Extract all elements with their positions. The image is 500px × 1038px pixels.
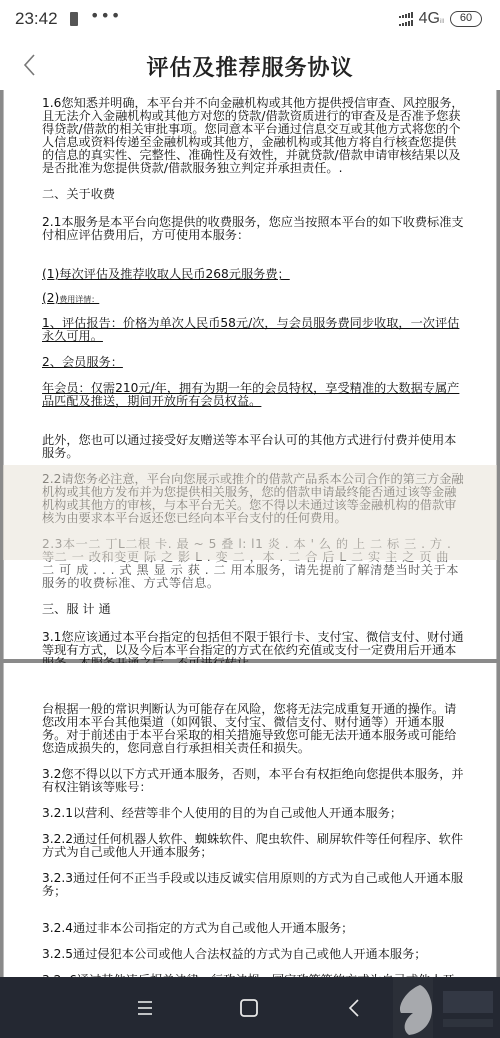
back-chevron-icon[interactable] [342, 995, 368, 1021]
section-heading-fees: 二、关于收费 [42, 188, 464, 201]
menu-icon[interactable] [132, 995, 158, 1021]
fee-item-1: (1)每次评估及推荐收取人民币268元服务费； [42, 268, 464, 281]
sim-card-icon [70, 12, 78, 26]
network-type: 4Gill [419, 10, 444, 28]
section-heading-service: 三、服 计 通 [42, 603, 464, 616]
fee-details-note: 费用详情： [59, 295, 99, 304]
battery-icon: 60 [450, 11, 482, 27]
clause-2-3: 2.3本一二 丁L二根 卡. 最 ~ 5 叠 l: l1 炎 . 本 ' 么 的… [42, 538, 464, 590]
document-page-1: 1.6您知悉并明确，本平台并不向金融机构或其他方提供授信审查、风控服务，且无法介… [3, 90, 497, 659]
status-bar: 23:42 ••• 4Gill 60 [0, 0, 500, 40]
app-header: 评估及推荐服务协议 [0, 40, 500, 90]
clause-3-2-5: 3.2.5通过侵犯本公司或他人合法权益的方式为自己或他人开通本服务； [42, 948, 464, 961]
clause-3-2-3: 3.2.3通过任何不正当手段或以违反诚实信用原则的方式为自己或他人开通本服务； [42, 872, 464, 898]
clause-3-2-2: 3.2.2通过任何机器人软件、蜘蛛软件、爬虫软件、刷屏软件等任何程序、软件方式为… [42, 833, 464, 859]
clause-3-2-4: 3.2.4通过非本公司指定的方式为自己或他人开通本服务； [42, 922, 464, 935]
more-notifications-icon: ••• [90, 6, 121, 25]
clause-3-2-1: 3.2.1以营利、经营等非个人使用的目的为自己或他人开通本服务； [42, 807, 464, 820]
fee-report: 1、评估报告：价格为单次人民币58元/次，与会员服务费同步收取，一次评估永久可用… [42, 317, 464, 343]
document-viewer[interactable]: 1.6您知悉并明确，本平台并不向金融机构或其他方提供授信审查、风控服务，且无法介… [0, 90, 500, 977]
document-page-2: 台根据一般的常识判断认为可能存在风险，您将无法完成重复开通的操作。请您改用本平台… [3, 663, 497, 977]
clause-1-6: 1.6您知悉并明确，本平台并不向金融机构或其他方提供授信审查、风控服务，且无法介… [42, 97, 464, 175]
clause-2-2: 2.2请您务必注意，平台向您展示或推介的借款产品系本公司合作的第三方金融机构或其… [42, 473, 464, 525]
clause-other-payment: 此外，您也可以通过接受好友赠送等本平台认可的其他方式进行付费并使用本服务。 [42, 434, 464, 460]
clause-continuation: 台根据一般的常识判断认为可能存在风险，您将无法完成重复开通的操作。请您改用本平台… [42, 703, 464, 755]
page-title: 评估及推荐服务协议 [0, 51, 500, 82]
fee-item-2: (2)费用详情： [42, 292, 464, 306]
system-navigation-bar [0, 977, 500, 1038]
fee-member-title: 2、会员服务： [42, 356, 464, 369]
status-time: 23:42 [15, 9, 58, 29]
fee-member: 年会员：仅需210元/年，拥有为期一年的会员特权，享受精准的大数据专属产品匹配及… [42, 382, 464, 408]
clause-3-2: 3.2您不得以以下方式开通本服务，否则，本平台有权拒绝向您提供本服务，并有权注销… [42, 768, 464, 794]
status-indicators: 4Gill 60 [399, 10, 482, 28]
watermark-logo-icon [375, 977, 500, 1038]
clause-2-1: 2.1本服务是本平台向您提供的收费服务，您应当按照本平台的如下收费标准支付相应评… [42, 216, 464, 242]
signal-icon [399, 12, 413, 26]
home-square-icon[interactable] [236, 995, 262, 1021]
